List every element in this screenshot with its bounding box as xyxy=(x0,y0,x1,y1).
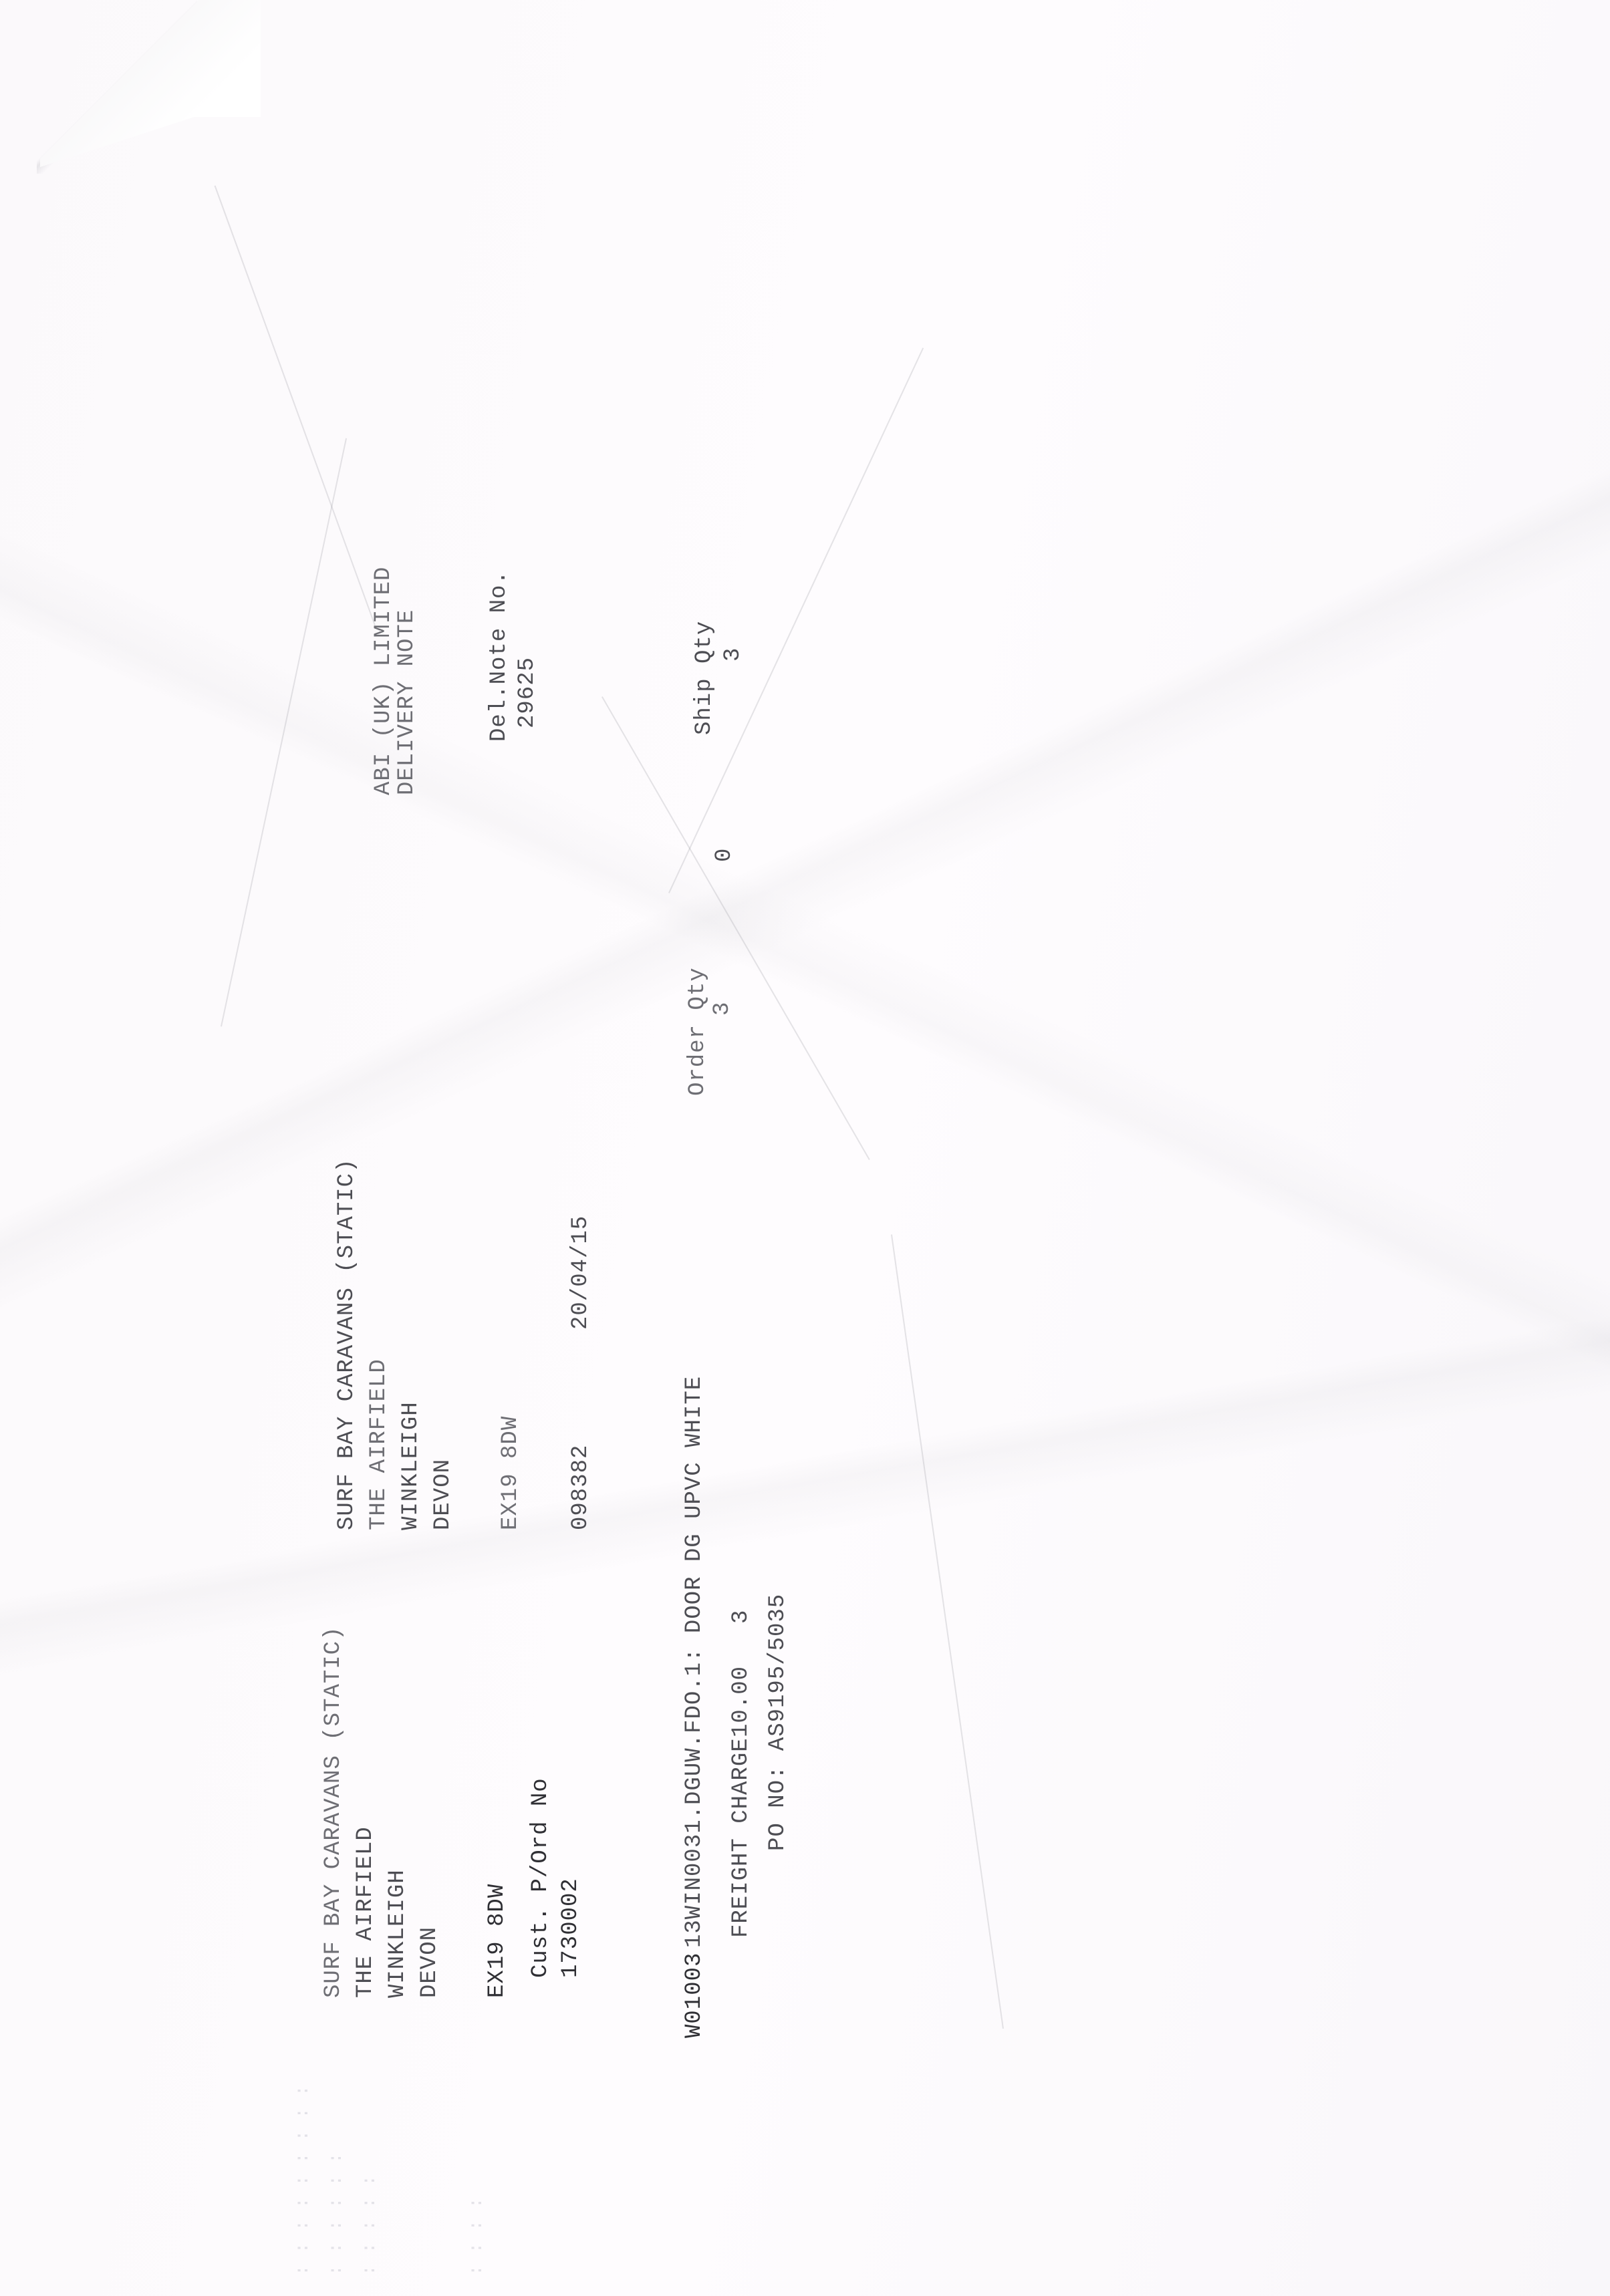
item-order-qty: 3 xyxy=(711,1002,734,1016)
account-reference: 098382 xyxy=(569,1445,592,1530)
paper-crease xyxy=(221,438,347,1027)
delivery-postcode: EX19 8DW xyxy=(499,1416,522,1530)
ship-qty-header: Ship Qty xyxy=(693,621,716,735)
paper-crease xyxy=(891,1234,1004,2029)
invoice-postcode: EX19 8DW xyxy=(486,1884,509,1998)
document-title: DELIVERY NOTE xyxy=(396,609,418,795)
invoice-address-line-3: WINKLEIGH xyxy=(386,1869,409,1998)
scanned-page: SURF BAY CARAVANS (STATIC) THE AIRFIELD … xyxy=(0,0,1610,2296)
invoice-address-line-4: DEVON xyxy=(418,1926,441,1998)
document-date: 20/04/15 xyxy=(569,1215,592,1330)
item-description: 13WIN0031.DGUW.FDO.1: DOOR DG UPVC WHITE xyxy=(683,1376,706,1948)
delivery-note-sheet: SURF BAY CARAVANS (STATIC) THE AIRFIELD … xyxy=(0,0,1610,2296)
freight-amount: 10.00 xyxy=(730,1666,753,1737)
item-code: W01003 xyxy=(683,1953,706,2038)
delivery-note-number: 29625 xyxy=(516,657,539,728)
customer-order-label: Cust. P/Ord No xyxy=(529,1777,552,1978)
ghost-print-marks: : : : : : : xyxy=(327,2152,346,2276)
delivery-address-line-3: WINKLEIGH xyxy=(400,1401,422,1530)
freight-qty: 3 xyxy=(730,1610,753,1624)
invoice-address-line-2: THE AIRFIELD xyxy=(354,1826,377,1998)
po-reference: PO NO: AS9195/5035 xyxy=(767,1594,789,1851)
customer-order-number: 1730002 xyxy=(559,1878,582,1978)
ghost-print-marks: : : : : : : : : : xyxy=(294,2085,313,2276)
item-backorder-qty: 0 xyxy=(713,848,736,862)
ghost-print-marks: : : : : : xyxy=(361,2175,380,2276)
supplier-name: ABI (UK) LIMITED xyxy=(372,567,395,795)
paper-crease xyxy=(601,696,870,1160)
invoice-address-line-1: SURF BAY CARAVANS (STATIC) xyxy=(322,1626,345,1999)
ghost-print-marks: : : : : xyxy=(468,2197,487,2276)
delivery-address-line-2: THE AIRFIELD xyxy=(368,1358,390,1530)
delivery-note-label: Del.Note No. xyxy=(488,570,511,742)
item-ship-qty: 3 xyxy=(722,648,745,662)
order-qty-header: Order Qty xyxy=(686,967,709,1096)
delivery-address-line-4: DEVON xyxy=(432,1459,454,1530)
freight-label: FREIGHT CHARGE xyxy=(730,1737,753,1938)
paper-crease xyxy=(215,186,376,625)
delivery-address-line-1: SURF BAY CARAVANS (STATIC) xyxy=(336,1159,358,1531)
